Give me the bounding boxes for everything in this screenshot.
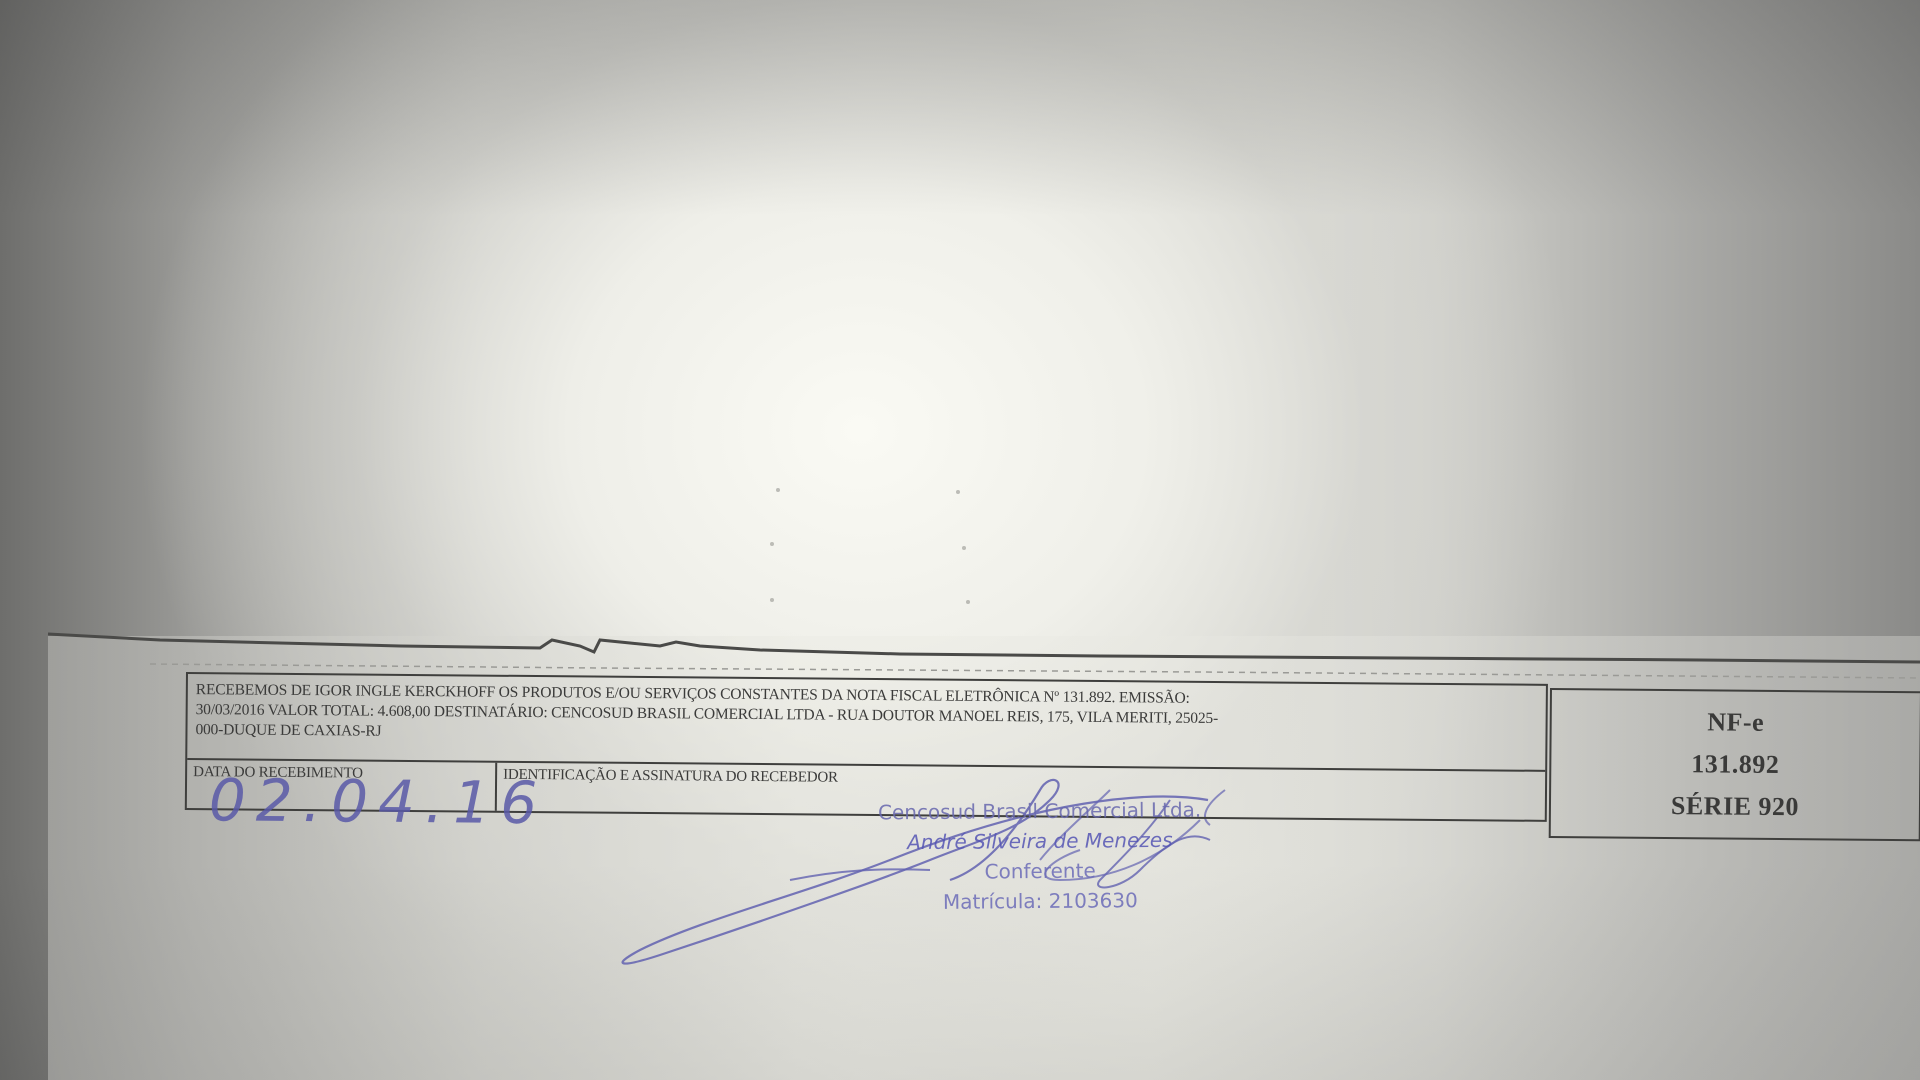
- signature-label: IDENTIFICAÇÃO E ASSINATURA DO RECEBEDOR: [503, 767, 838, 787]
- receipt-date-field: DATA DO RECEBIMENTO 02.04.16: [187, 760, 497, 811]
- receipt-declaration: RECEBEMOS DE IGOR INGLE KERCKHOFF OS PRO…: [187, 674, 1546, 772]
- nfe-number: 131.892: [1551, 742, 1919, 787]
- paper-mark: [962, 546, 966, 550]
- nfe-series: SÉRIE 920: [1551, 784, 1919, 829]
- stamp-registration: Matrícula: 2103630: [870, 885, 1210, 918]
- paper-mark: [966, 600, 970, 604]
- receipt-form: RECEBEMOS DE IGOR INGLE KERCKHOFF OS PRO…: [185, 672, 1548, 822]
- paper-mark: [776, 488, 780, 492]
- receiver-stamp: Cencosud Brasil Comercial Ltda. André Si…: [869, 795, 1210, 918]
- nfe-title: NF-e: [1552, 700, 1920, 745]
- nfe-box: NF-e 131.892 SÉRIE 920: [1549, 688, 1920, 841]
- stamp-role: Conferente: [870, 855, 1210, 888]
- paper-mark: [770, 542, 774, 546]
- paper-mark: [956, 490, 960, 494]
- stamp-name: André Silveira de Menezes: [870, 825, 1210, 858]
- paper-mark: [770, 598, 774, 602]
- stamp-company: Cencosud Brasil Comercial Ltda.: [869, 795, 1209, 828]
